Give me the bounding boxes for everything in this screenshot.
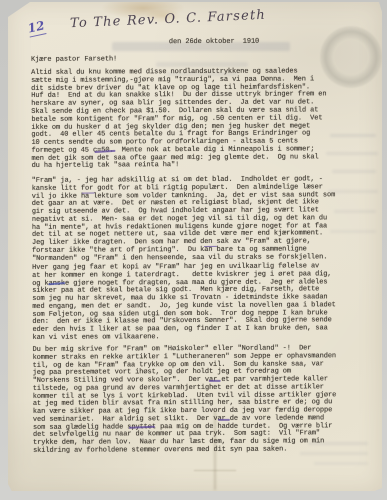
date-line: den 26de oktober 1910 xyxy=(169,38,369,47)
paragraph-1: Altid skal du knu komme med disse nordla… xyxy=(31,68,367,109)
letter-page: 12 To The Rev. O. C. Farseth den 26de ok… xyxy=(8,2,382,491)
paragraph-5: Du ber mig skrive for "Fram" om "Høiskol… xyxy=(33,345,370,455)
ink-underline-mark xyxy=(204,246,217,247)
typewritten-text-block: den 26de oktober 1910 Kjære pastor Farse… xyxy=(7,1,384,492)
ink-underline-mark xyxy=(82,193,95,194)
paragraph-4: Hver gang jeg faar et kopi av "Fram" har… xyxy=(32,263,368,342)
ink-correction-mark xyxy=(209,380,221,382)
ink-correction-mark xyxy=(218,419,230,421)
paragraph-3: "Fram" ja, - jeg har adskillig at si om … xyxy=(32,176,368,263)
paragraph-2: Skal sende dig en check paa $1.50. Dolla… xyxy=(31,107,367,171)
salutation: Kjære pastor Farseth! xyxy=(31,55,367,65)
